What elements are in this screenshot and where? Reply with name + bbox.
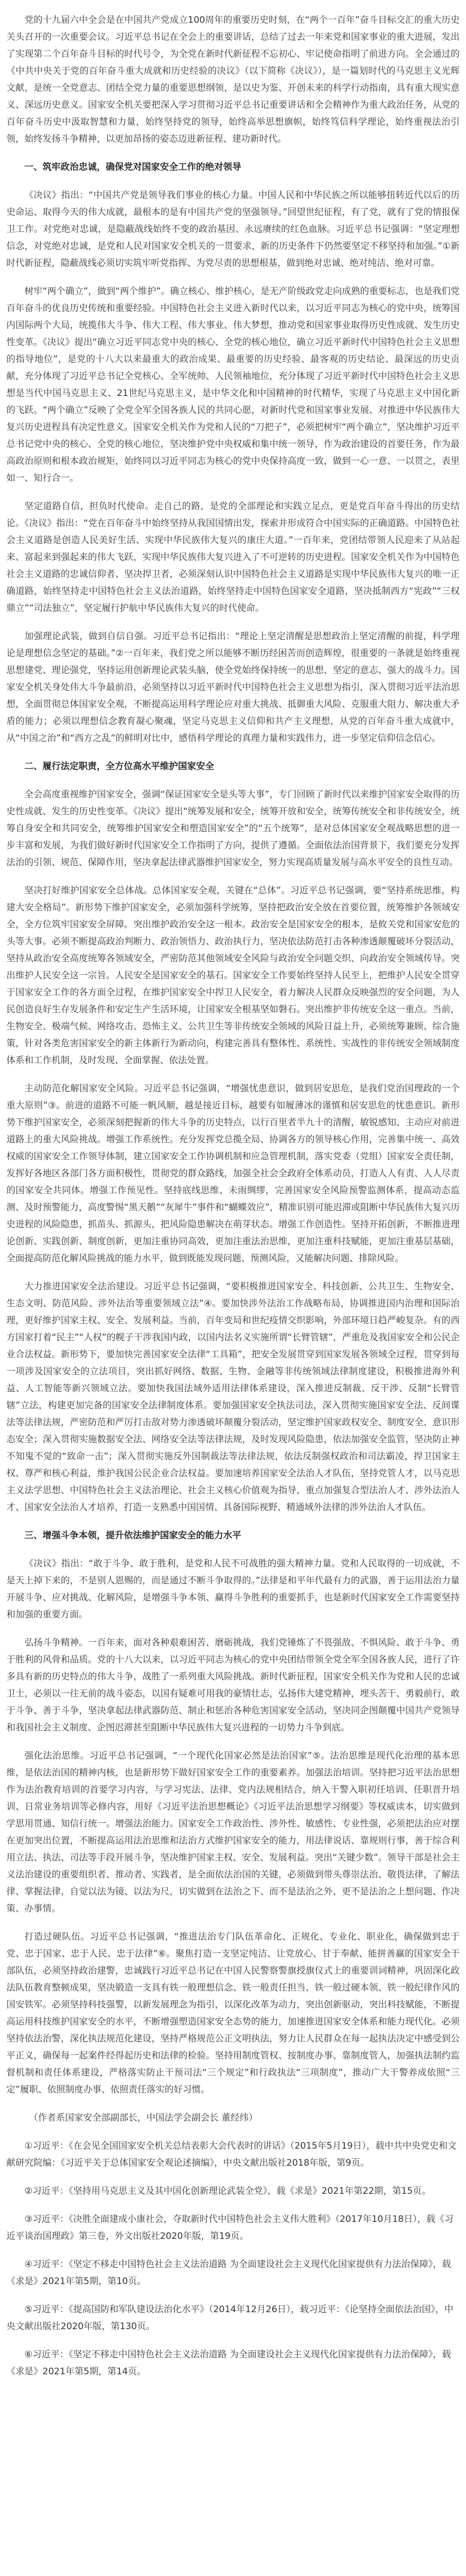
author-note: （作者系国家安全部副部长，中国法学会副会长 董经纬） — [6, 2109, 460, 2126]
footnote-2: ②习近平：《坚持用马克思主义及其中国化创新理论武装全党》，载《求是》2021年第… — [6, 2183, 460, 2200]
footnote-1: ①习近平：《在会见全国国家安全机关总结表彰大会代表时的讲话》（2015年5月19… — [6, 2138, 460, 2172]
footnote-6: ⑥习近平：《坚定不移走中国特色社会主义法治道路 为全面建设社会主义现代化国家提供… — [6, 2346, 460, 2380]
section-1-paragraph-2: 树牢“两个确立”，做到“两个维护”。确立核心、维护核心，是无产阶级政党走向成熟的… — [6, 283, 460, 487]
section-3-paragraph-2: 弘扬斗争精神。一百年来，面对各种艰难困苦、磨砺挑战，我们党锤炼了不畏强敌、不惧风… — [6, 1634, 460, 1736]
section-2-paragraph-3: 主动防范化解国家安全风险。习近平总书记强调，“增强忧患意识，做到居安思危，是我们… — [6, 1080, 460, 1267]
footnote-4: ④习近平：《坚定不移走中国特色社会主义法治道路 为全面建设社会主义现代化国家提供… — [6, 2256, 460, 2290]
footnote-5: ⑤习近平：《提高国防和军队建设法治化水平》（2014年12月26日），载习近平：… — [6, 2301, 460, 2335]
section-1-heading: 一、筑牢政治忠诚，确保党对国家安全工作的绝对领导 — [6, 159, 460, 176]
intro-paragraph: 党的十九届六中全会是在中国共产党成立100周年的重要历史时刻，在“两个一百年”奋… — [6, 12, 460, 148]
section-1-paragraph-3: 坚定道路自信，担负时代使命。走自己的路，是党的全部理论和实践立足点，更是党百年奋… — [6, 498, 460, 617]
section-3-paragraph-3: 强化法治思维。习近平总书记强调，“一个现代化国家必然是法治国家”⑤。法治思维是现… — [6, 1747, 460, 1917]
section-2-paragraph-1: 全会高度重视维护国家安全，强调“保证国家安全是头等大事”，专门回顾了新时代以来维… — [6, 786, 460, 871]
footnote-3: ③习近平：《决胜全面建成小康社会，夺取新时代中国特色社会主义伟大胜利》（2017… — [6, 2211, 460, 2245]
section-2-heading: 二、履行法定职责，全方位高水平维护国家安全 — [6, 758, 460, 775]
article-body: 党的十九届六中全会是在中国共产党成立100周年的重要历史时刻，在“两个一百年”奋… — [0, 0, 466, 2402]
section-2-paragraph-4: 大力推进国家安全法治建设。习近平总书记强调，“要积极推进国家安全、科技创新、公共… — [6, 1278, 460, 1516]
section-1-paragraph-1: 《决议》指出：“中国共产党是领导我们事业的核心力量。中国人民和中华民族之所以能够… — [6, 187, 460, 272]
section-3-heading: 三、增强斗争本领，提升依法维护国家安全的能力水平 — [6, 1527, 460, 1544]
section-3-paragraph-1: 《决议》指出：“敢于斗争、敢于胜利，是党和人民不可战胜的强大精神力量。党和人民取… — [6, 1555, 460, 1623]
section-2-paragraph-2: 坚决打好维护国家安全总体战。总体国家安全观，关键在“总体”。习近平总书记强调，要… — [6, 882, 460, 1069]
section-1-paragraph-4: 加强理论武装，做到自信自强。习近平总书记指出：“理论上坚定清醒是思想政治上坚定清… — [6, 628, 460, 747]
section-3-paragraph-4: 打造过硬队伍。习近平总书记强调，“推进法治专门队伍革命化、正规化、专业化、职业化… — [6, 1928, 460, 2098]
